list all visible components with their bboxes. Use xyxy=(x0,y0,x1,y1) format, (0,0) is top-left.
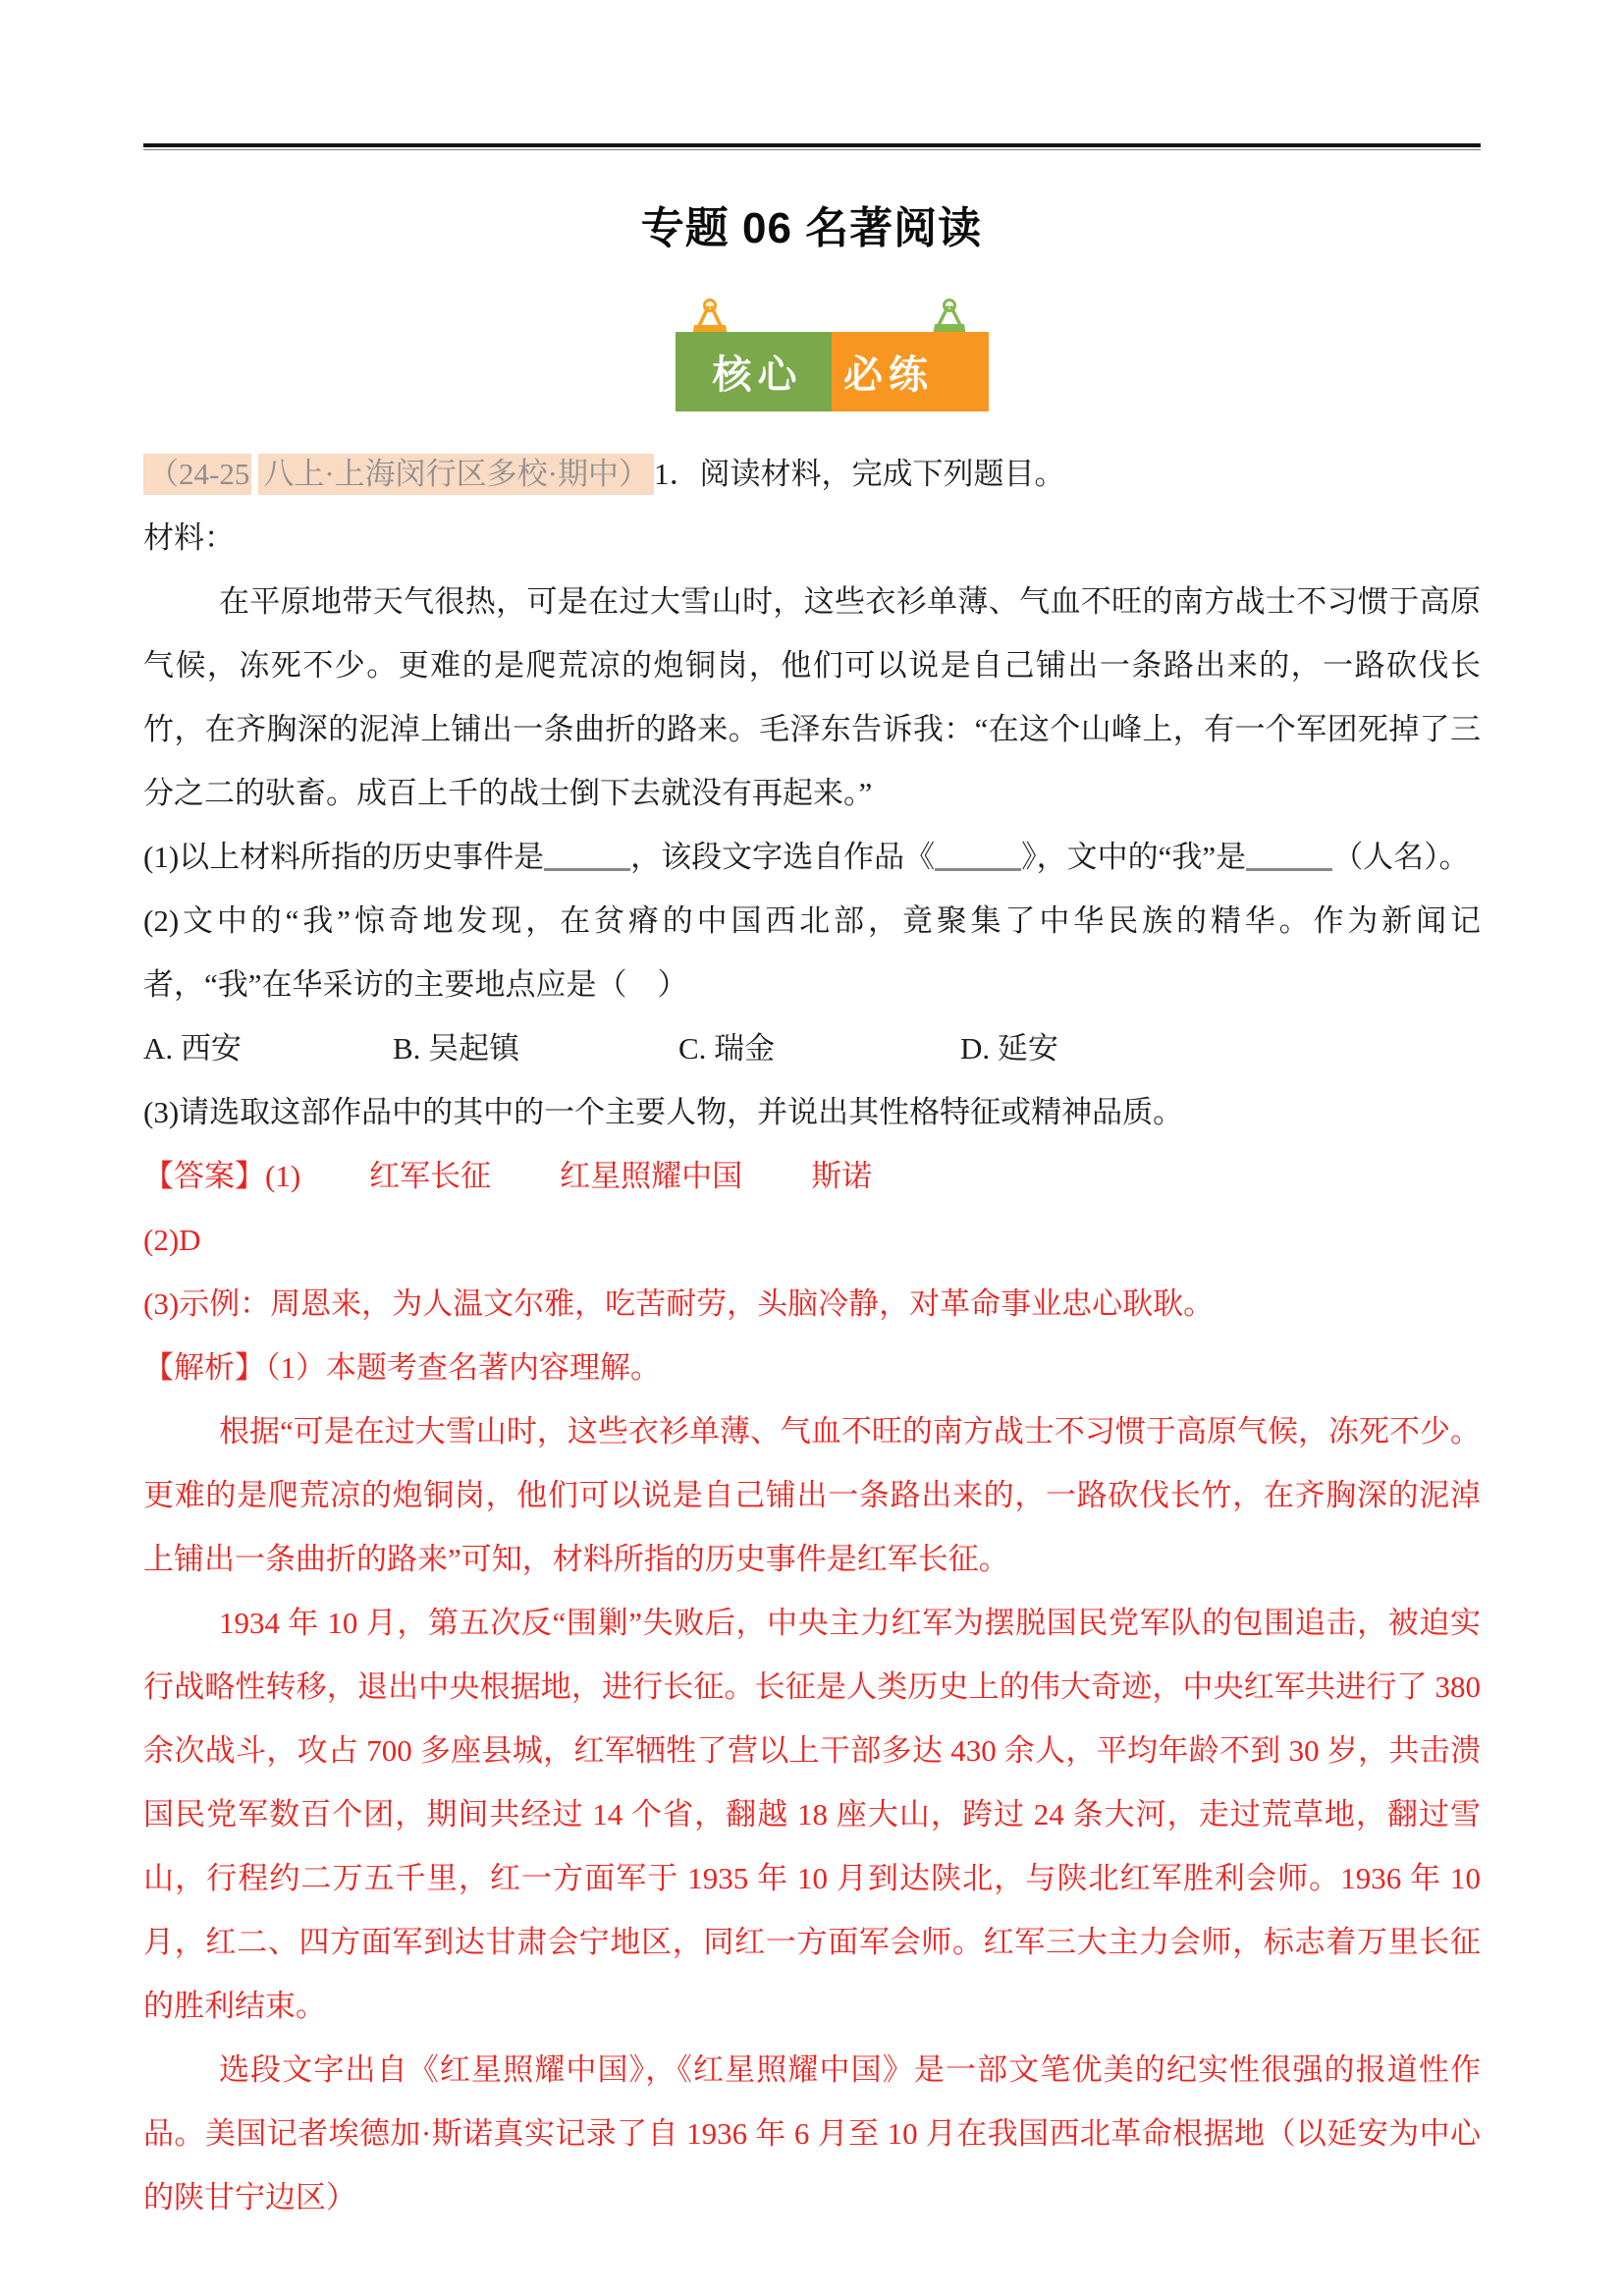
option-d: D. 延安 xyxy=(960,1016,1058,1080)
q1-seg2: ，该段文字选自作品《 xyxy=(630,840,935,874)
answer-1-item: 斯诺 xyxy=(811,1159,872,1193)
core-practice-badge: 核心 必练 xyxy=(0,297,1623,411)
question-meta-line: （24-25八上·上海闵行区多校·期中）1．阅读材料，完成下列题目。 xyxy=(143,442,1481,506)
answer-label: 【答案】 xyxy=(143,1159,265,1193)
source-tag-year: （24-25 xyxy=(143,454,251,495)
question-3: (3)请选取这部作品中的其中的一个主要人物，并说出其性格特征或精神品质。 xyxy=(143,1080,1481,1144)
question-intro: 1．阅读材料，完成下列题目。 xyxy=(654,457,1065,491)
answer-line-2: (2)D xyxy=(143,1208,1481,1272)
question-1: (1)以上材料所指的历史事件是，该段文字选自作品《》，文中的“我”是（人名）。 xyxy=(143,825,1481,889)
q1-seg1: (1)以上材料所指的历史事件是 xyxy=(143,840,544,874)
document-body: （24-25八上·上海闵行区多校·期中）1．阅读材料，完成下列题目。 材料： 在… xyxy=(143,442,1481,2229)
analysis-paragraph-1: 根据“可是在过大雪山时，这些衣衫单薄、气血不旺的南方战士不习惯于高原气候，冻死不… xyxy=(143,1399,1481,1591)
analysis-label: 【解析】 xyxy=(143,1350,265,1385)
answer-line-3: (3)示例：周恩来，为人温文尔雅，吃苦耐劳，头脑冷静，对革命事业忠心耿耿。 xyxy=(143,1272,1481,1336)
answer-1-prefix: (1) xyxy=(265,1159,300,1193)
badge-core-label: 核心 xyxy=(676,332,832,411)
material-paragraph: 在平原地带天气很热，可是在过大雪山时，这些衣衫单薄、气血不旺的南方战士不习惯于高… xyxy=(143,570,1481,825)
question-2: (2)文中的“我”惊奇地发现，在贫瘠的中国西北部，竟聚集了中华民族的精华。作为新… xyxy=(143,889,1481,1016)
document-page: 专题 06 名著阅读 核心 必练 （24-25八上·上海闵行区多校·期中）1．阅… xyxy=(0,0,1623,2296)
answer-blank xyxy=(1246,860,1332,871)
page-title: 专题 06 名著阅读 xyxy=(0,203,1623,254)
analysis-intro: （1）本题考查名著内容理解。 xyxy=(265,1350,661,1385)
option-a: A. 西安 xyxy=(143,1016,393,1080)
badge-must-label: 必练 xyxy=(832,332,989,411)
answer-1-item: 红军长征 xyxy=(369,1159,491,1193)
analysis-paragraph-2: 1934 年 10 月，第五次反“围剿”失败后，中央主力红军为摆脱国民党军队的包… xyxy=(143,1591,1481,2038)
option-c: C. 瑞金 xyxy=(678,1016,960,1080)
options-row: A. 西安B. 吴起镇C. 瑞金D. 延安 xyxy=(143,1016,1481,1080)
header-rule xyxy=(143,143,1481,150)
option-b: B. 吴起镇 xyxy=(393,1016,678,1080)
answer-blank xyxy=(935,860,1021,871)
answer-line-1: 【答案】(1)红军长征红星照耀中国斯诺 xyxy=(143,1144,1481,1208)
source-tag-school: 八上·上海闵行区多校·期中） xyxy=(258,454,654,495)
analysis-heading: 【解析】（1）本题考查名著内容理解。 xyxy=(143,1336,1481,1399)
q1-seg4: （人名）。 xyxy=(1332,840,1470,874)
answer-1-item: 红星照耀中国 xyxy=(560,1159,742,1193)
material-label: 材料： xyxy=(143,506,1481,570)
q1-seg3: 》，文中的“我”是 xyxy=(1021,840,1246,874)
answer-blank xyxy=(544,860,630,871)
analysis-paragraph-3: 选段文字出自《红星照耀中国》，《红星照耀中国》是一部文笔优美的纪实性很强的报道性… xyxy=(143,2038,1481,2229)
